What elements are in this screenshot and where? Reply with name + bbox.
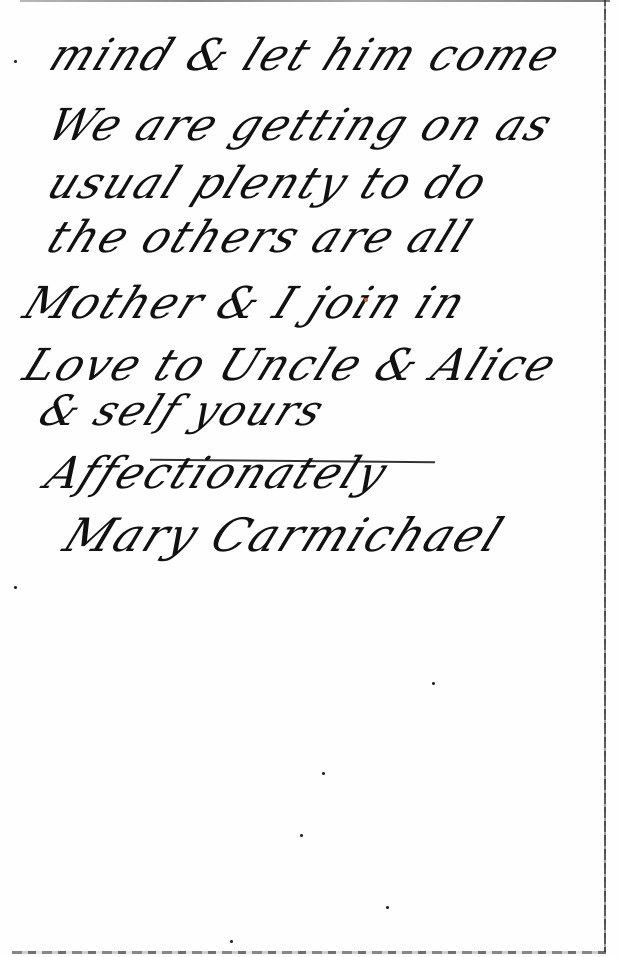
ink-speck (386, 906, 389, 909)
paper-bottom-edge (12, 951, 606, 954)
letter-line-6: Love to Uncle & Alice (16, 340, 565, 391)
letter-line-7: & self yours (32, 386, 333, 435)
ink-speck (322, 772, 325, 775)
letter-line-5: Mother & I join in (16, 278, 475, 329)
ink-speck (14, 60, 17, 63)
letter-line-3: usual plenty to do (40, 158, 496, 209)
letter-closing: Affectionately (38, 448, 396, 499)
ink-speck (14, 586, 17, 589)
paper-top-edge (20, 0, 610, 2)
ink-speck (230, 940, 233, 943)
letter-line-4: the others are all (40, 212, 480, 263)
letter-signature: Mary Carmichael (56, 508, 513, 562)
ink-speck (432, 682, 435, 685)
ink-speck (300, 834, 303, 837)
letter-line-2: We are getting on as (40, 100, 561, 151)
paper-right-edge (604, 0, 606, 952)
letter-page: mind & let him come We are getting on as… (0, 0, 620, 957)
letter-line-1: mind & let him come (42, 30, 569, 81)
ink-speck (364, 298, 368, 302)
